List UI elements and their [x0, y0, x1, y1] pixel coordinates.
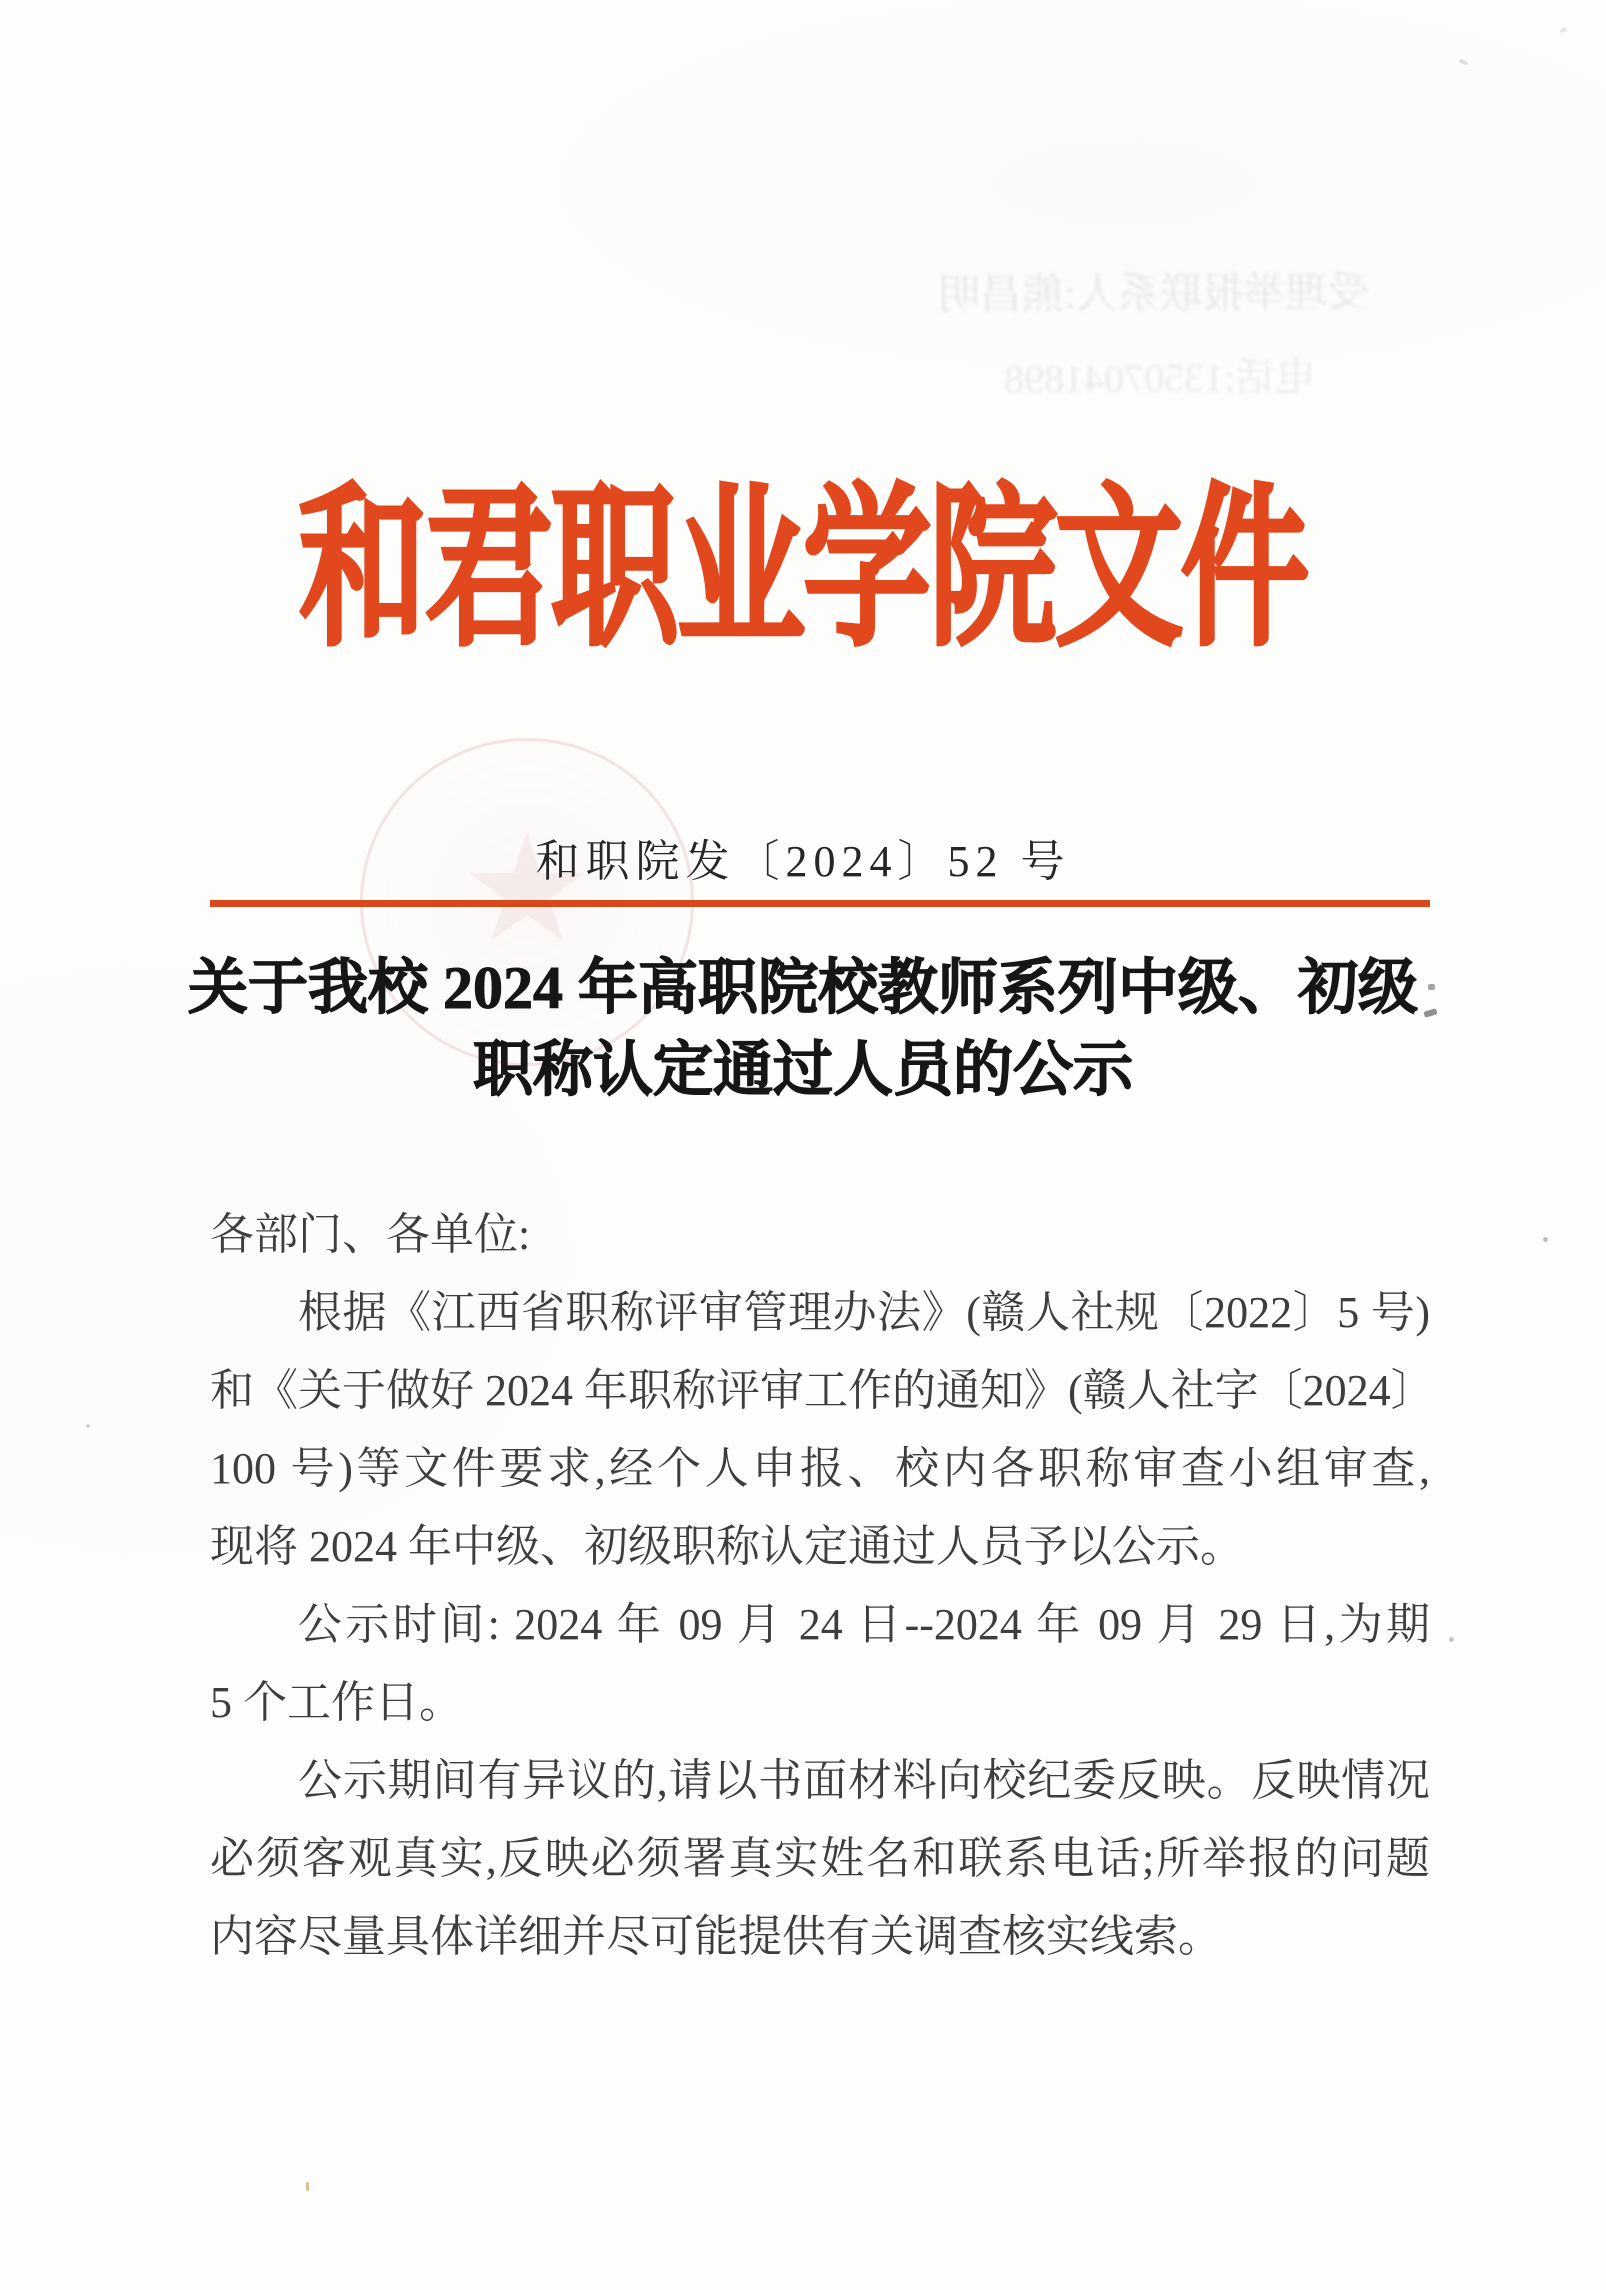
red-separator-line [210, 900, 1430, 907]
scan-speck [1559, 27, 1567, 34]
body-line: 现将 2024 年中级、初级职称认定通过人员予以公示。 [210, 1508, 1430, 1586]
scan-speck [1449, 1637, 1454, 1642]
body-line-salutation: 各部门、各单位: [210, 1196, 1430, 1274]
scan-speck [1459, 59, 1469, 66]
scan-speck [1543, 1237, 1548, 1242]
body-line: 公示期间有异议的,请以书面材料向校纪委反映。反映情况 [210, 1742, 1430, 1820]
document-title-line2: 职称认定通过人员的公示 [473, 1037, 1133, 1103]
scanned-document-page: 受理举报联系人:熊昌明 电话:13507041898 ★ 和君职业学院文件 和职… [0, 0, 1606, 2290]
bleedthrough-text: 受理举报联系人:熊昌明 电话:13507041898 [829, 260, 1370, 414]
body-line: 100 号)等文件要求,经个人申报、校内各职称审查小组审查, [210, 1430, 1430, 1508]
scan-speck [1428, 984, 1435, 990]
document-number: 和职院发〔2024〕52 号 [0, 834, 1606, 890]
bleedthrough-line: 电话:13507041898 [830, 344, 1370, 414]
body-line: 5 个工作日。 [210, 1664, 1430, 1742]
masthead-title: 和君职业学院文件 [0, 483, 1606, 657]
body-line: 公示时间: 2024 年 09 月 24 日--2024 年 09 月 29 日… [210, 1586, 1430, 1664]
bleedthrough-line: 受理举报联系人:熊昌明 [829, 260, 1369, 330]
body-line: 必须客观真实,反映必须署真实姓名和联系电话;所举报的问题 [210, 1820, 1430, 1898]
document-title: 关于我校 2024 年高职院校教师系列中级、初级职称认定通过人员的公示 [100, 947, 1506, 1111]
document-body: 各部门、各单位: 根据《江西省职称评审管理办法》(赣人社规〔2022〕5 号) … [210, 1196, 1430, 1976]
scan-speck [86, 1424, 90, 1428]
scan-speck [306, 2182, 309, 2191]
body-line: 和《关于做好 2024 年职称评审工作的通知》(赣人社字〔2024〕 [210, 1352, 1430, 1430]
document-title-line1: 关于我校 2024 年高职院校教师系列中级、初级 [188, 955, 1418, 1021]
body-line: 内容尽量具体详细并尽可能提供有关调查核实线索。 [210, 1898, 1430, 1976]
body-line: 根据《江西省职称评审管理办法》(赣人社规〔2022〕5 号) [210, 1274, 1430, 1352]
